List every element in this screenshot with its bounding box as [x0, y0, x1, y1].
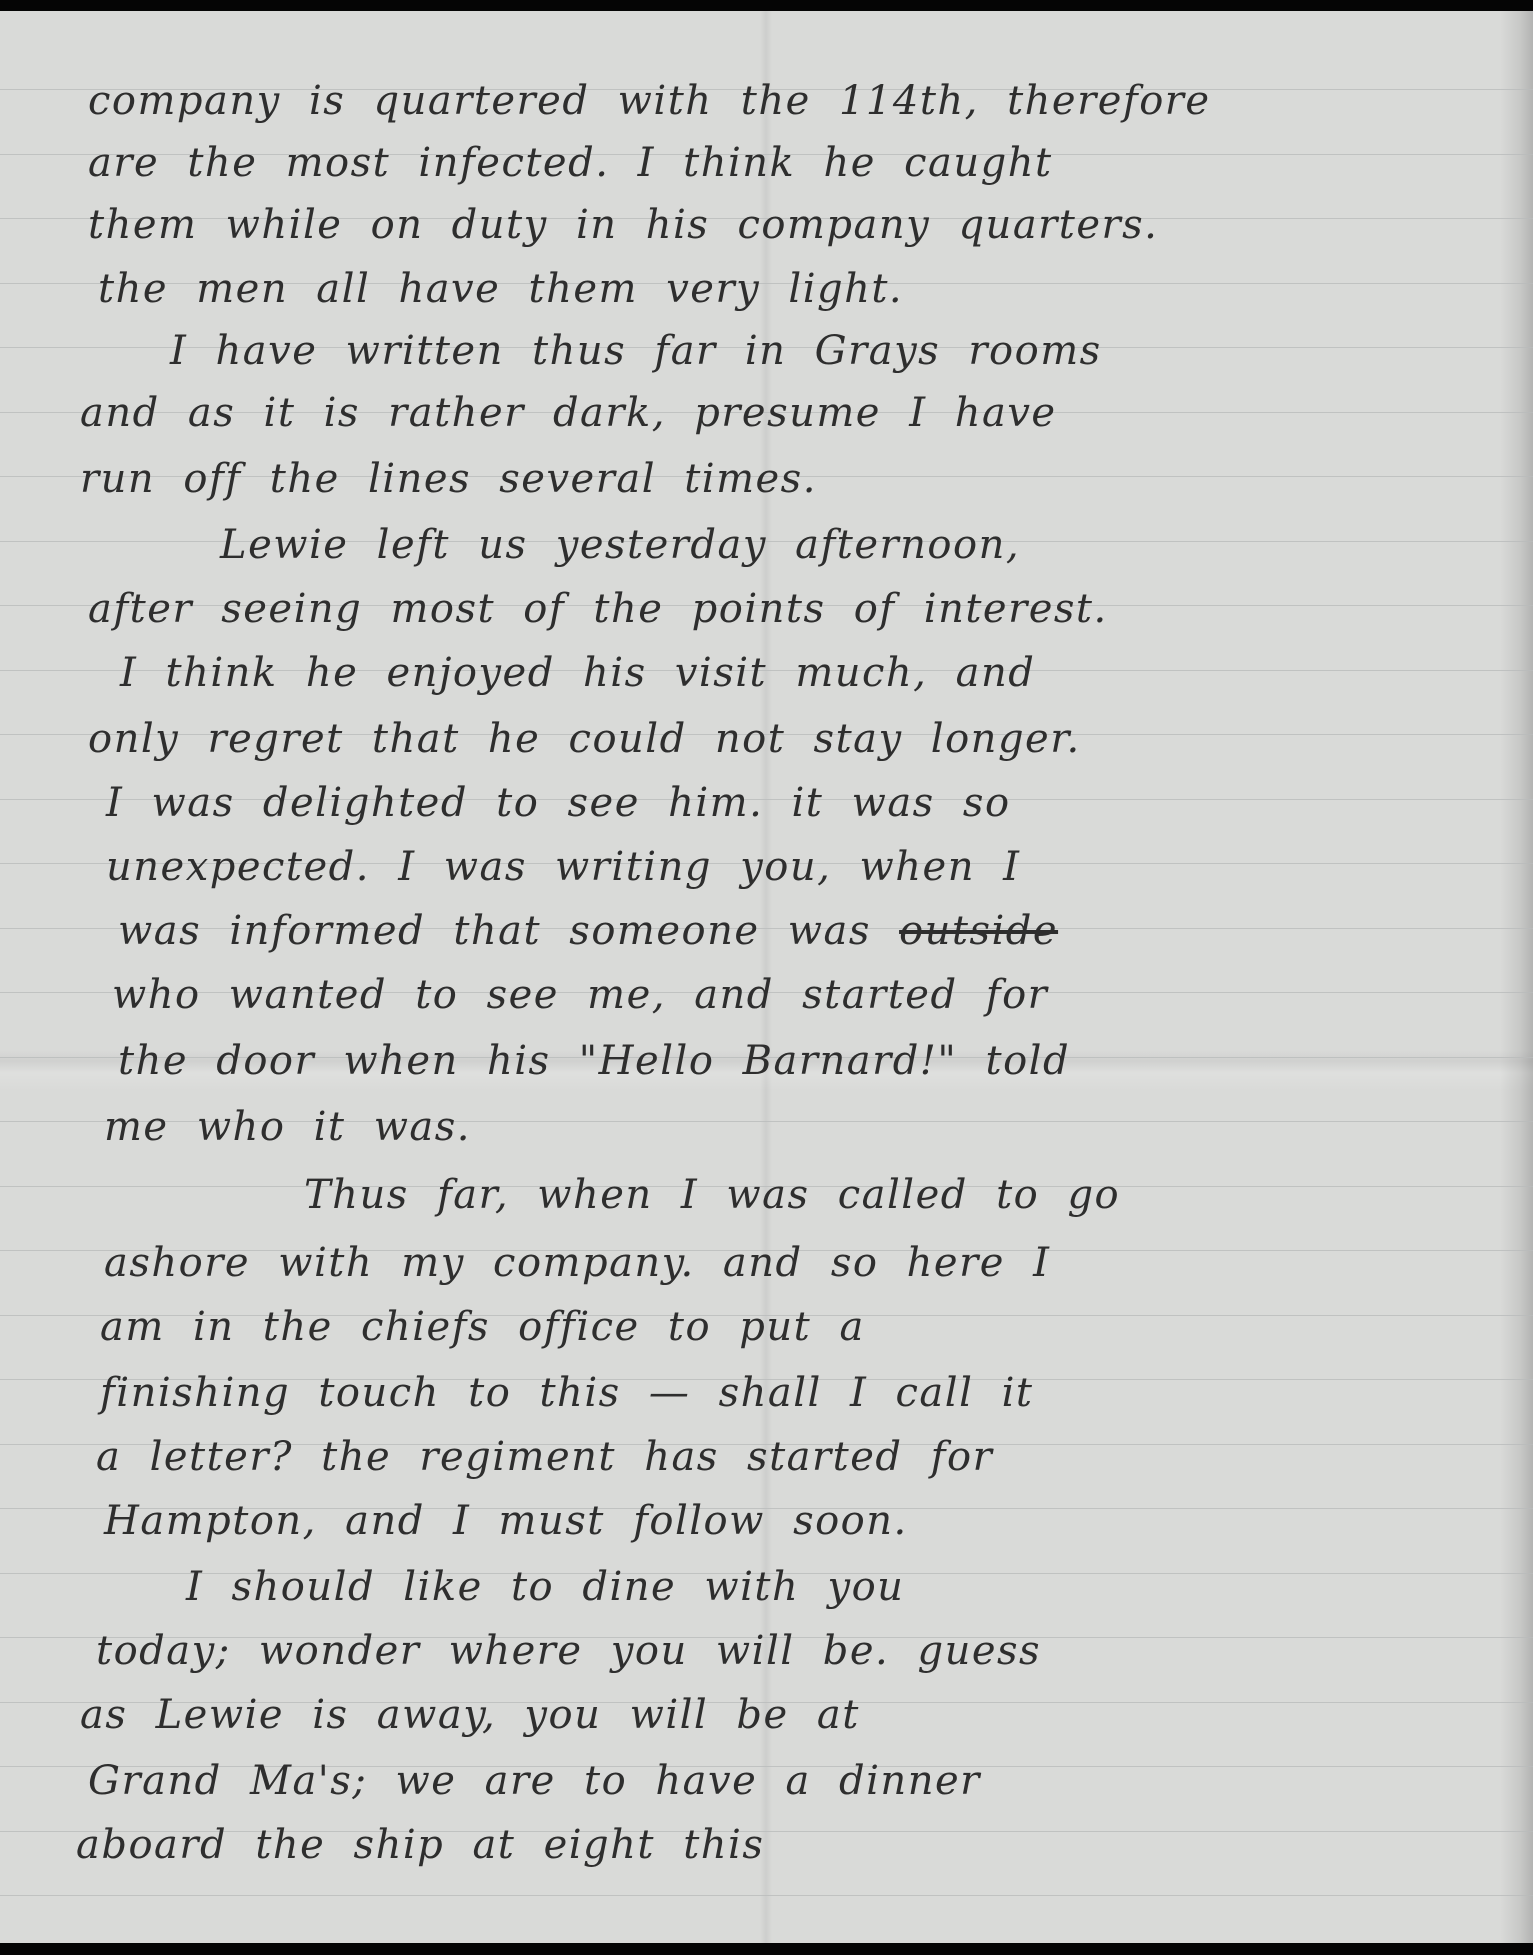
- letter-line: the men all have them very light.: [98, 266, 1533, 330]
- letter-line: them while on duty in his company quarte…: [88, 202, 1533, 266]
- letter-line: unexpected. I was writing you, when I: [106, 844, 1533, 908]
- letter-line: the door when his "Hello Barnard!" told: [118, 1038, 1533, 1102]
- letter-line: and as it is rather dark, presume I have: [80, 390, 1533, 454]
- letter-line: run off the lines several times.: [80, 456, 1533, 520]
- letter-line: company is quartered with the 114th, the…: [88, 78, 1533, 142]
- letter-line: I have written thus far in Grays rooms: [170, 328, 1533, 392]
- letter-line: are the most infected. I think he caught: [88, 140, 1533, 204]
- letter-line: I think he enjoyed his visit much, and: [120, 650, 1533, 714]
- ruling-line: [0, 1895, 1533, 1896]
- letter-line: today; wonder where you will be. guess: [96, 1628, 1533, 1692]
- letter-line: Grand Ma's; we are to have a dinner: [88, 1758, 1533, 1822]
- letter-line: who wanted to see me, and started for: [112, 972, 1533, 1036]
- letter-line: I was delighted to see him. it was so: [106, 780, 1533, 844]
- letter-line: after seeing most of the points of inter…: [88, 586, 1533, 650]
- letter-line: am in the chiefs office to put a: [100, 1304, 1533, 1368]
- letter-line: only regret that he could not stay longe…: [88, 716, 1533, 780]
- letter-line: finishing touch to this — shall I call i…: [100, 1370, 1533, 1434]
- letter-line: Hampton, and I must follow soon.: [104, 1498, 1533, 1562]
- letter-line: I should like to dine with you: [186, 1564, 1533, 1628]
- letter-line: Thus far, when I was called to go: [304, 1172, 1533, 1236]
- letter-line: aboard the ship at eight this: [76, 1822, 1533, 1886]
- letter-page: company is quartered with the 114th, the…: [0, 11, 1533, 1943]
- letter-line: ashore with my company. and so here I: [104, 1240, 1533, 1304]
- letter-line: me who it was.: [104, 1104, 1533, 1168]
- letter-line: was informed that someone was outside: [118, 908, 1533, 972]
- letter-line: as Lewie is away, you will be at: [80, 1692, 1533, 1756]
- letter-line: a letter? the regiment has started for: [96, 1434, 1533, 1498]
- struck-word: outside: [899, 908, 1058, 954]
- letter-line: Lewie left us yesterday afternoon,: [220, 522, 1533, 586]
